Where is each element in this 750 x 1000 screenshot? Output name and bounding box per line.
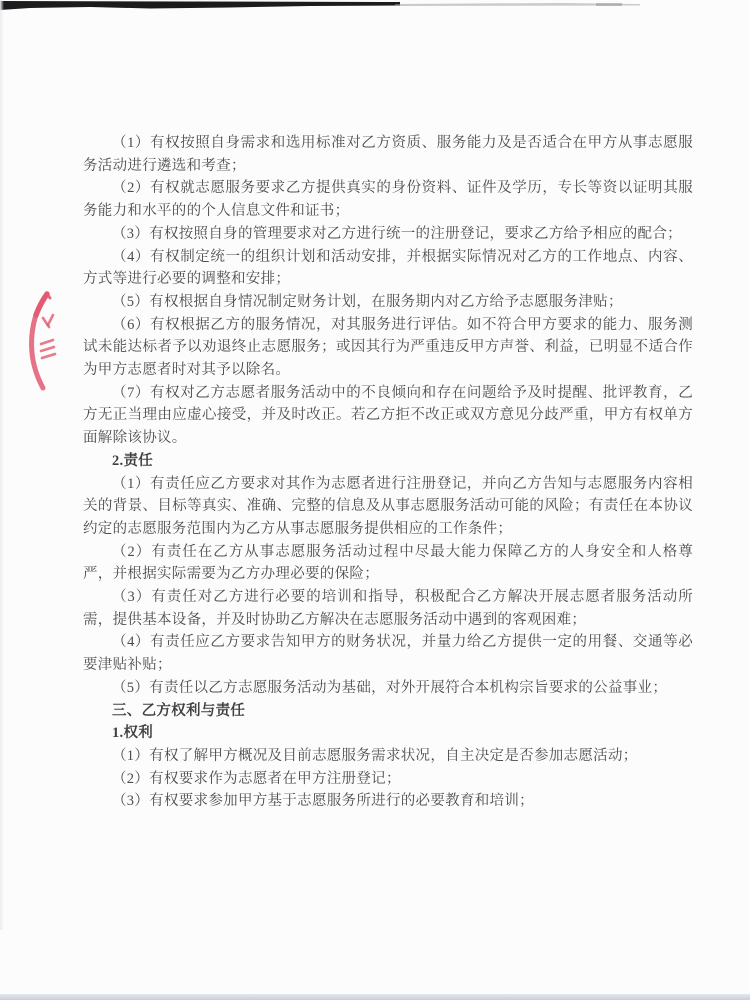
clause-paragraph: （2）有责任在乙方从事志愿服务活动过程中尽最大能力保障乙方的人身安全和人格尊严，… <box>83 541 693 586</box>
clause-paragraph: （1）有权按照自身需求和选用标准对乙方资质、服务能力及是否适合在甲方从事志愿服务… <box>83 132 693 177</box>
clause-paragraph: （4）有权制定统一的组织计划和活动安排，并根据实际情况对乙方的工作地点、内容、方… <box>83 246 693 291</box>
clause-paragraph: （1）有责任应乙方要求对其作为志愿者进行注册登记，并向乙方告知与志愿服务内容相关… <box>83 473 693 541</box>
clause-paragraph: （1）有权了解甲方概况及目前志愿服务需求状况，自主决定是否参加志愿活动； <box>83 745 693 768</box>
scan-edge-artifact-left <box>0 0 4 930</box>
red-seal-icon <box>13 287 61 395</box>
clause-paragraph: （2）有权要求作为志愿者在甲方注册登记； <box>83 768 693 791</box>
clause-paragraph: （2）有权就志愿服务要求乙方提供真实的身份资料、证件及学历，专长等资以证明其服务… <box>83 177 693 222</box>
clause-paragraph: （4）有责任应乙方要求告知甲方的财务状况，并量力给乙方提供一定的用餐、交通等必要… <box>83 631 693 676</box>
clause-paragraph: （3）有权要求参加甲方基于志愿服务所进行的必要教育和培训； <box>83 790 693 813</box>
clause-paragraph: （6）有权根据乙方的服务情况，对其服务进行评估。如不符合甲方要求的能力、服务测试… <box>83 314 693 382</box>
scan-edge-artifact-bottom <box>0 994 750 1000</box>
clause-paragraph: （7）有权对乙方志愿者服务活动中的不良倾向和存在问题给予及时提醒、批评教育，乙方… <box>83 382 693 450</box>
subsection-heading-responsibility: 2.责任 <box>83 450 693 473</box>
section-heading-party-b: 三、乙方权利与责任 <box>83 700 693 723</box>
subsection-heading-rights: 1.权利 <box>83 722 693 745</box>
scan-edge-artifact-top <box>0 0 750 12</box>
contract-text-block: （1）有权按照自身需求和选用标准对乙方资质、服务能力及是否适合在甲方从事志愿服务… <box>83 132 693 813</box>
clause-paragraph: （5）有权根据自身情况制定财务计划，在服务期内对乙方给予志愿服务津贴； <box>83 291 693 314</box>
clause-paragraph: （3）有权按照自身的管理要求对乙方进行统一的注册登记，要求乙方给予相应的配合； <box>83 223 693 246</box>
clause-paragraph: （3）有责任对乙方进行必要的培训和指导，积极配合乙方解决开展志愿者服务活动所需，… <box>83 586 693 631</box>
clause-paragraph: （5）有责任以乙方志愿服务活动为基础，对外开展符合本机构宗旨要求的公益事业； <box>83 677 693 700</box>
